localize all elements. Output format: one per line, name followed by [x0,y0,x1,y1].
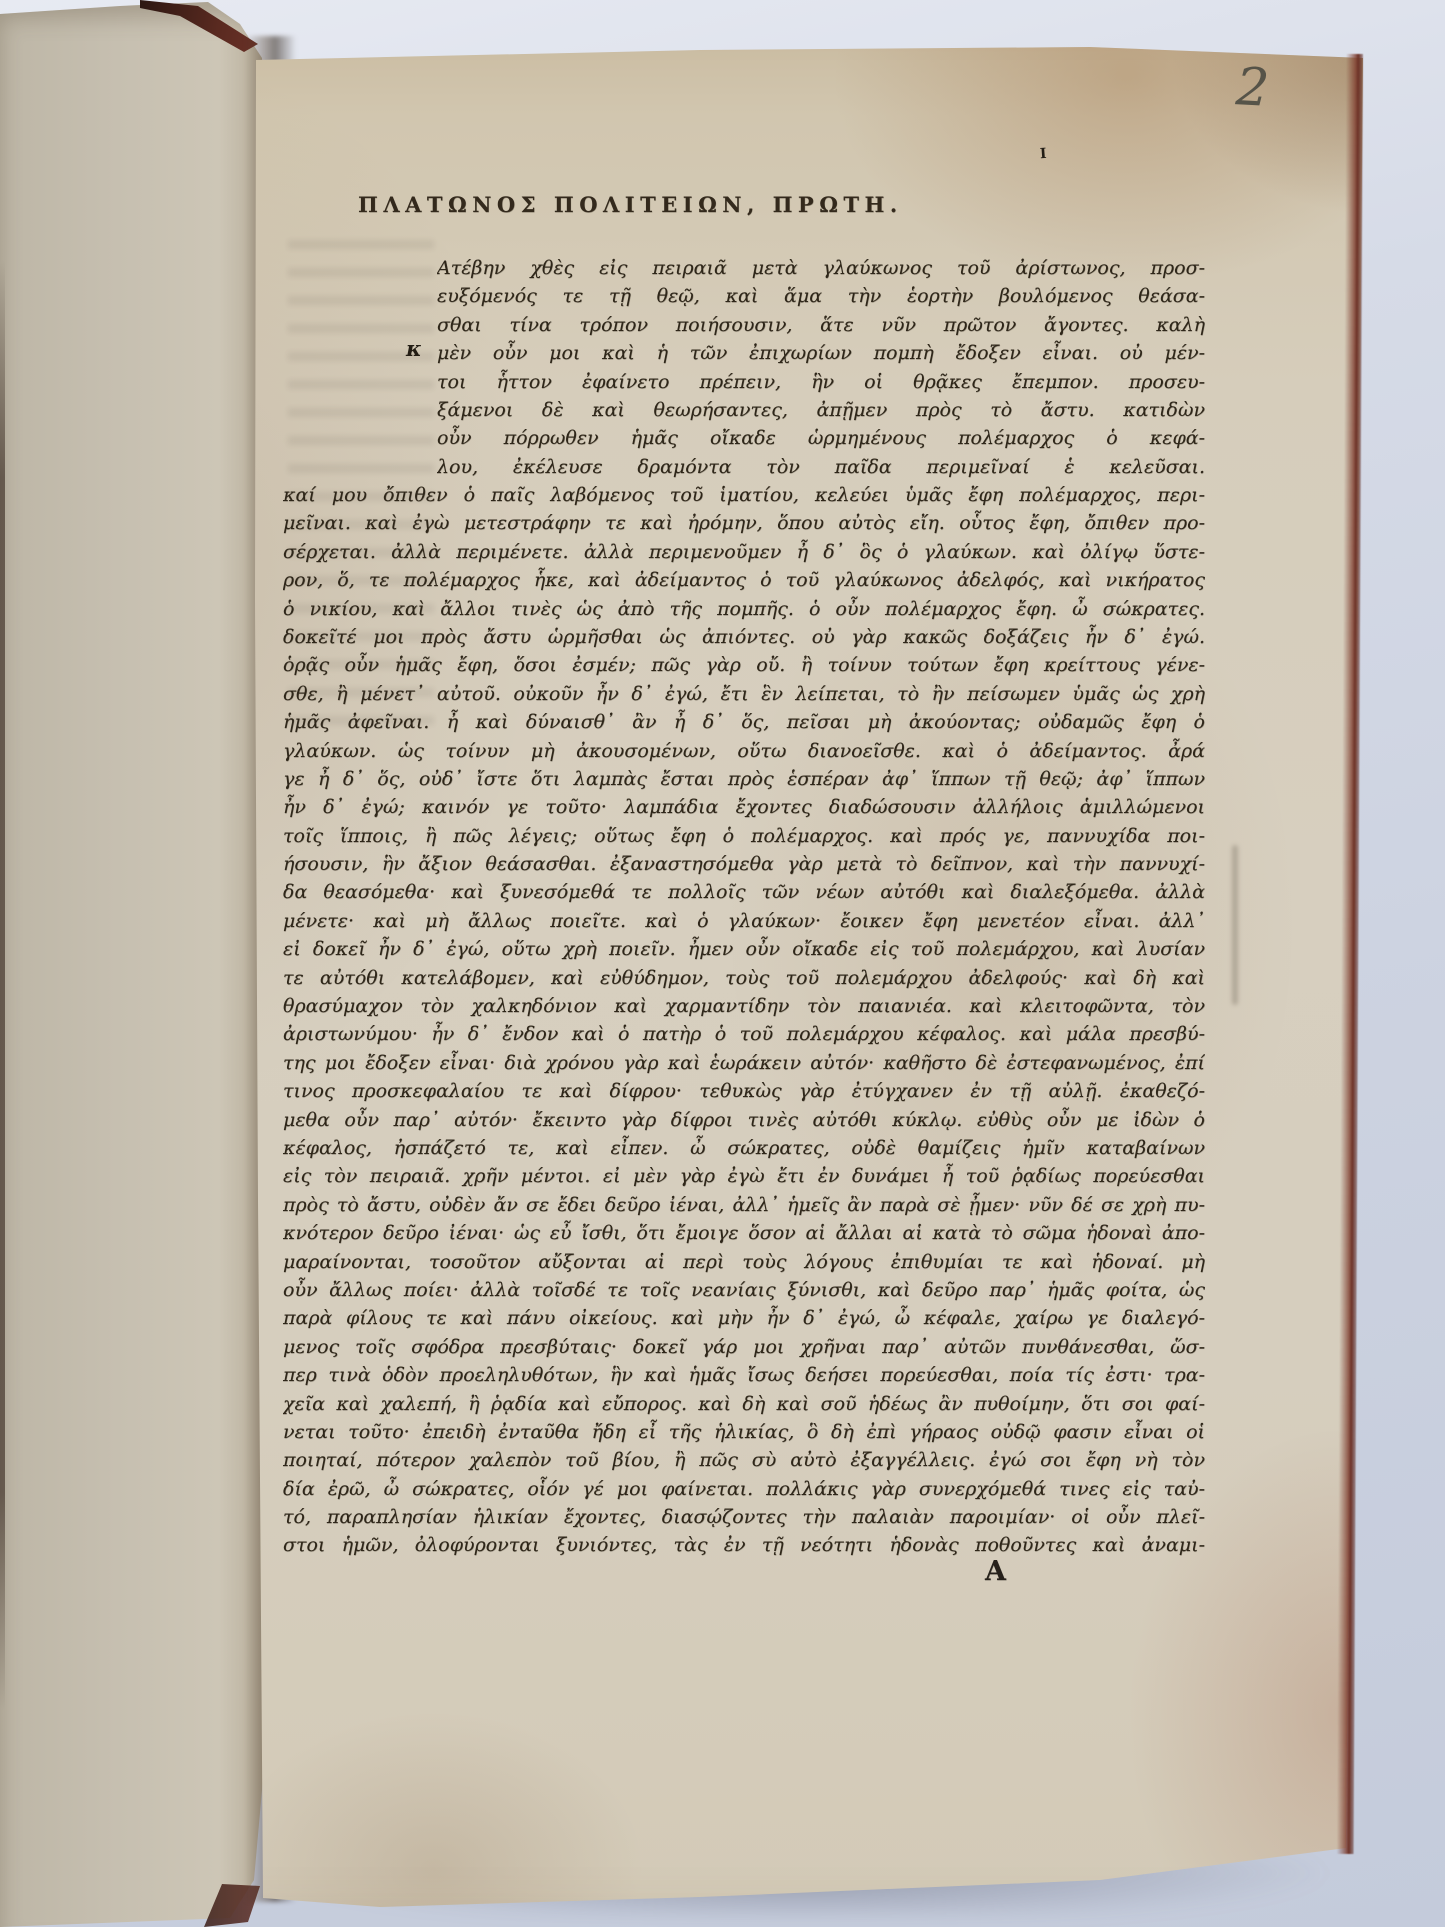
text-line: ἀριστωνύμου· ἦν δ᾽ ἔνδον καὶ ὁ πατὴρ ὁ τ… [283,1020,1205,1048]
text-line: κνότερον δεῦρο ἰέναι· ὡς εὖ ἴσθι, ὅτι ἔμ… [283,1219,1205,1247]
spine-edge [0,260,5,1710]
text-line: τό, παραπλησίαν ἡλικίαν ἔχοντες, διασῴζο… [283,1503,1205,1531]
paper-streak [1232,845,1238,1005]
text-line: οὖν ἄλλως ποίει· ἀλλὰ τοῖσδέ τε τοῖς νεα… [283,1276,1205,1304]
text-line: δα θεασόμεθα· καὶ ξυνεσόμεθά τε πολλοῖς … [283,878,1205,906]
text-line: ξάμενοι δὲ καὶ θεωρήσαντες, ἀπῇμεν πρὸς … [437,396,1205,424]
text-line: οὖν πόρρωθεν ἡμᾶς οἴκαδε ὡρμημένους πολέ… [437,424,1205,452]
text-line: σθαι τίνα τρόπον ποιήσουσιν, ἅτε νῦν πρῶ… [437,311,1205,339]
text-line: μεθα οὖν παρ᾽ αὐτόν· ἔκειντο γὰρ δίφροι … [283,1106,1205,1134]
text-line: δία ἐρῶ, ὦ σώκρατες, οἷόν γέ μοι φαίνετα… [283,1475,1205,1503]
text-line: παρὰ φίλους τε καὶ πάνυ οἰκείους. καὶ μὴ… [283,1304,1205,1332]
signature-mark: A [985,1556,1045,1587]
text-line: μένετε· καὶ μὴ ἄλλως ποιεῖτε. καὶ ὁ γλαύ… [283,907,1205,935]
text-line: περ τινὰ ὁδὸν προεληλυθότων, ἣν καὶ ἡμᾶς… [283,1361,1205,1389]
text-line: καί μου ὄπιθεν ὁ παῖς λαβόμενος τοῦ ἱματ… [283,481,1205,509]
text-line: νεται τοῦτο· ἐπειδὴ ἐνταῦθα ἤδη εἶ τῆς ἡ… [283,1418,1205,1446]
text-line: μὲν οὖν μοι καὶ ἡ τῶν ἐπιχωρίων πομπὴ ἔδ… [437,339,1205,367]
text-line: γλαύκων. ὡς τοίνυν μὴ ἀκουσομένων, οὕτω … [283,737,1205,765]
text-line: τινος προσκεφαλαίου τε καὶ δίφρου· τεθυκ… [283,1077,1205,1105]
text-line: κέφαλος, ἠσπάζετό τε, καὶ εἶπεν. ὦ σώκρα… [283,1134,1205,1162]
text-line: σθε, ἢ μένετ᾽ αὐτοῦ. οὐκοῦν ἦν δ᾽ ἐγώ, ἔ… [283,680,1205,708]
text-line: τοι ἧττον ἐφαίνετο πρέπειν, ἣν οἱ θρᾷκες… [437,368,1205,396]
photo-of-open-book: ΠΛΑΤΩΝΟΣ ΠΟΛΙΤΕΙΩΝ, ΠΡΩΤΗ. I 2 κ Ατέβην … [0,0,1445,1927]
text-line: ὁ νικίου, καὶ ἄλλοι τινὲς ὡς ἀπὸ τῆς πομ… [283,595,1205,623]
text-line: τε αὐτόθι κατελάβομεν, καὶ εὐθύδημον, το… [283,964,1205,992]
text-line: δοκεῖτέ μοι πρὸς ἄστυ ὡρμῆσθαι ὡς ἀπιόντ… [283,623,1205,651]
text-line: Ατέβην χθὲς εἰς πειραιᾶ μετὰ γλαύκωνος τ… [437,254,1205,282]
text-line: ρον, ὅ, τε πολέμαρχος ἧκε, καὶ ἀδείμαντο… [283,566,1205,594]
text-line: μενος τοῖς σφόδρα πρεσβύταις· δοκεῖ γάρ … [283,1333,1205,1361]
text-line: της μοι ἔδοξεν εἶναι· διὰ χρόνου γὰρ καὶ… [283,1049,1205,1077]
text-line: ποιηταί, πότερον χαλεπὸν τοῦ βίου, ἢ πῶς… [283,1446,1205,1474]
text-line: εἰς τὸν πειραιᾶ. χρῆν μέντοι. εἰ μὲν γὰρ… [283,1162,1205,1190]
text-line: μεῖναι. καὶ ἐγὼ μετεστράφην τε καὶ ἠρόμη… [283,509,1205,537]
text-line: εἰ δοκεῖ ἦν δ᾽ ἐγώ, οὕτω χρὴ ποιεῖν. ἦμε… [283,935,1205,963]
text-line: στοι ἡμῶν, ὀλοφύρονται ξυνιόντες, τὰς ἐν… [283,1531,1205,1559]
text-line: λου, ἐκέλευσε δραμόντα τὸν παῖδα περιμεῖ… [437,453,1205,481]
text-line: ὁρᾷς οὖν ἡμᾶς ἔφη, ὅσοι ἐσμέν; πῶς γὰρ ο… [283,651,1205,679]
text-line: χεῖα καὶ χαλεπή, ἢ ῥᾳδία καὶ εὔπορος. κα… [283,1390,1205,1418]
text-line: πρὸς τὸ ἄστυ, οὐδὲν ἄν σε ἔδει δεῦρο ἰέν… [283,1191,1205,1219]
marginal-guide-letter: κ [406,336,422,361]
page-heading: ΠΛΑΤΩΝΟΣ ΠΟΛΙΤΕΙΩΝ, ΠΡΩΤΗ. [358,192,858,224]
text-line: μαραίνονται, τοσοῦτον αὔξονται αἱ περὶ τ… [283,1248,1205,1276]
text-line: ήσουσιν, ἣν ἄξιον θεάσασθαι. ἐξαναστησόμ… [283,850,1205,878]
body-text-block: καί μου ὄπιθεν ὁ παῖς λαβόμενος τοῦ ἱματ… [283,481,1205,1560]
text-line: ἡμᾶς ἀφεῖναι. ἦ καὶ δύναισθ᾽ ἂν ἦ δ᾽ ὅς,… [283,708,1205,736]
text-line: ευξόμενός τε τῇ θεῷ, καὶ ἅμα τὴν ἑορτὴν … [437,282,1205,310]
text-line: γε ἦ δ᾽ ὅς, οὐδ᾽ ἴστε ὅτι λαμπὰς ἔσται π… [283,765,1205,793]
opening-text-block: Ατέβην χθὲς εἰς πειραιᾶ μετὰ γλαύκωνος τ… [437,254,1205,481]
text-line: θρασύμαχον τὸν χαλκηδόνιον καὶ χαρμαντίδ… [283,992,1205,1020]
handwritten-folio-number: 2 [1234,57,1270,119]
text-line: σέρχεται. ἀλλὰ περιμένετε. ἀλλὰ περιμενο… [283,538,1205,566]
text-line: τοῖς ἵπποις, ἢ πῶς λέγεις; οὕτως ἔφη ὁ π… [283,822,1205,850]
printed-folio-mark: I [1039,146,1047,162]
text-line: ἦν δ᾽ ἐγώ; καινόν γε τοῦτο· λαμπάδια ἔχο… [283,793,1205,821]
